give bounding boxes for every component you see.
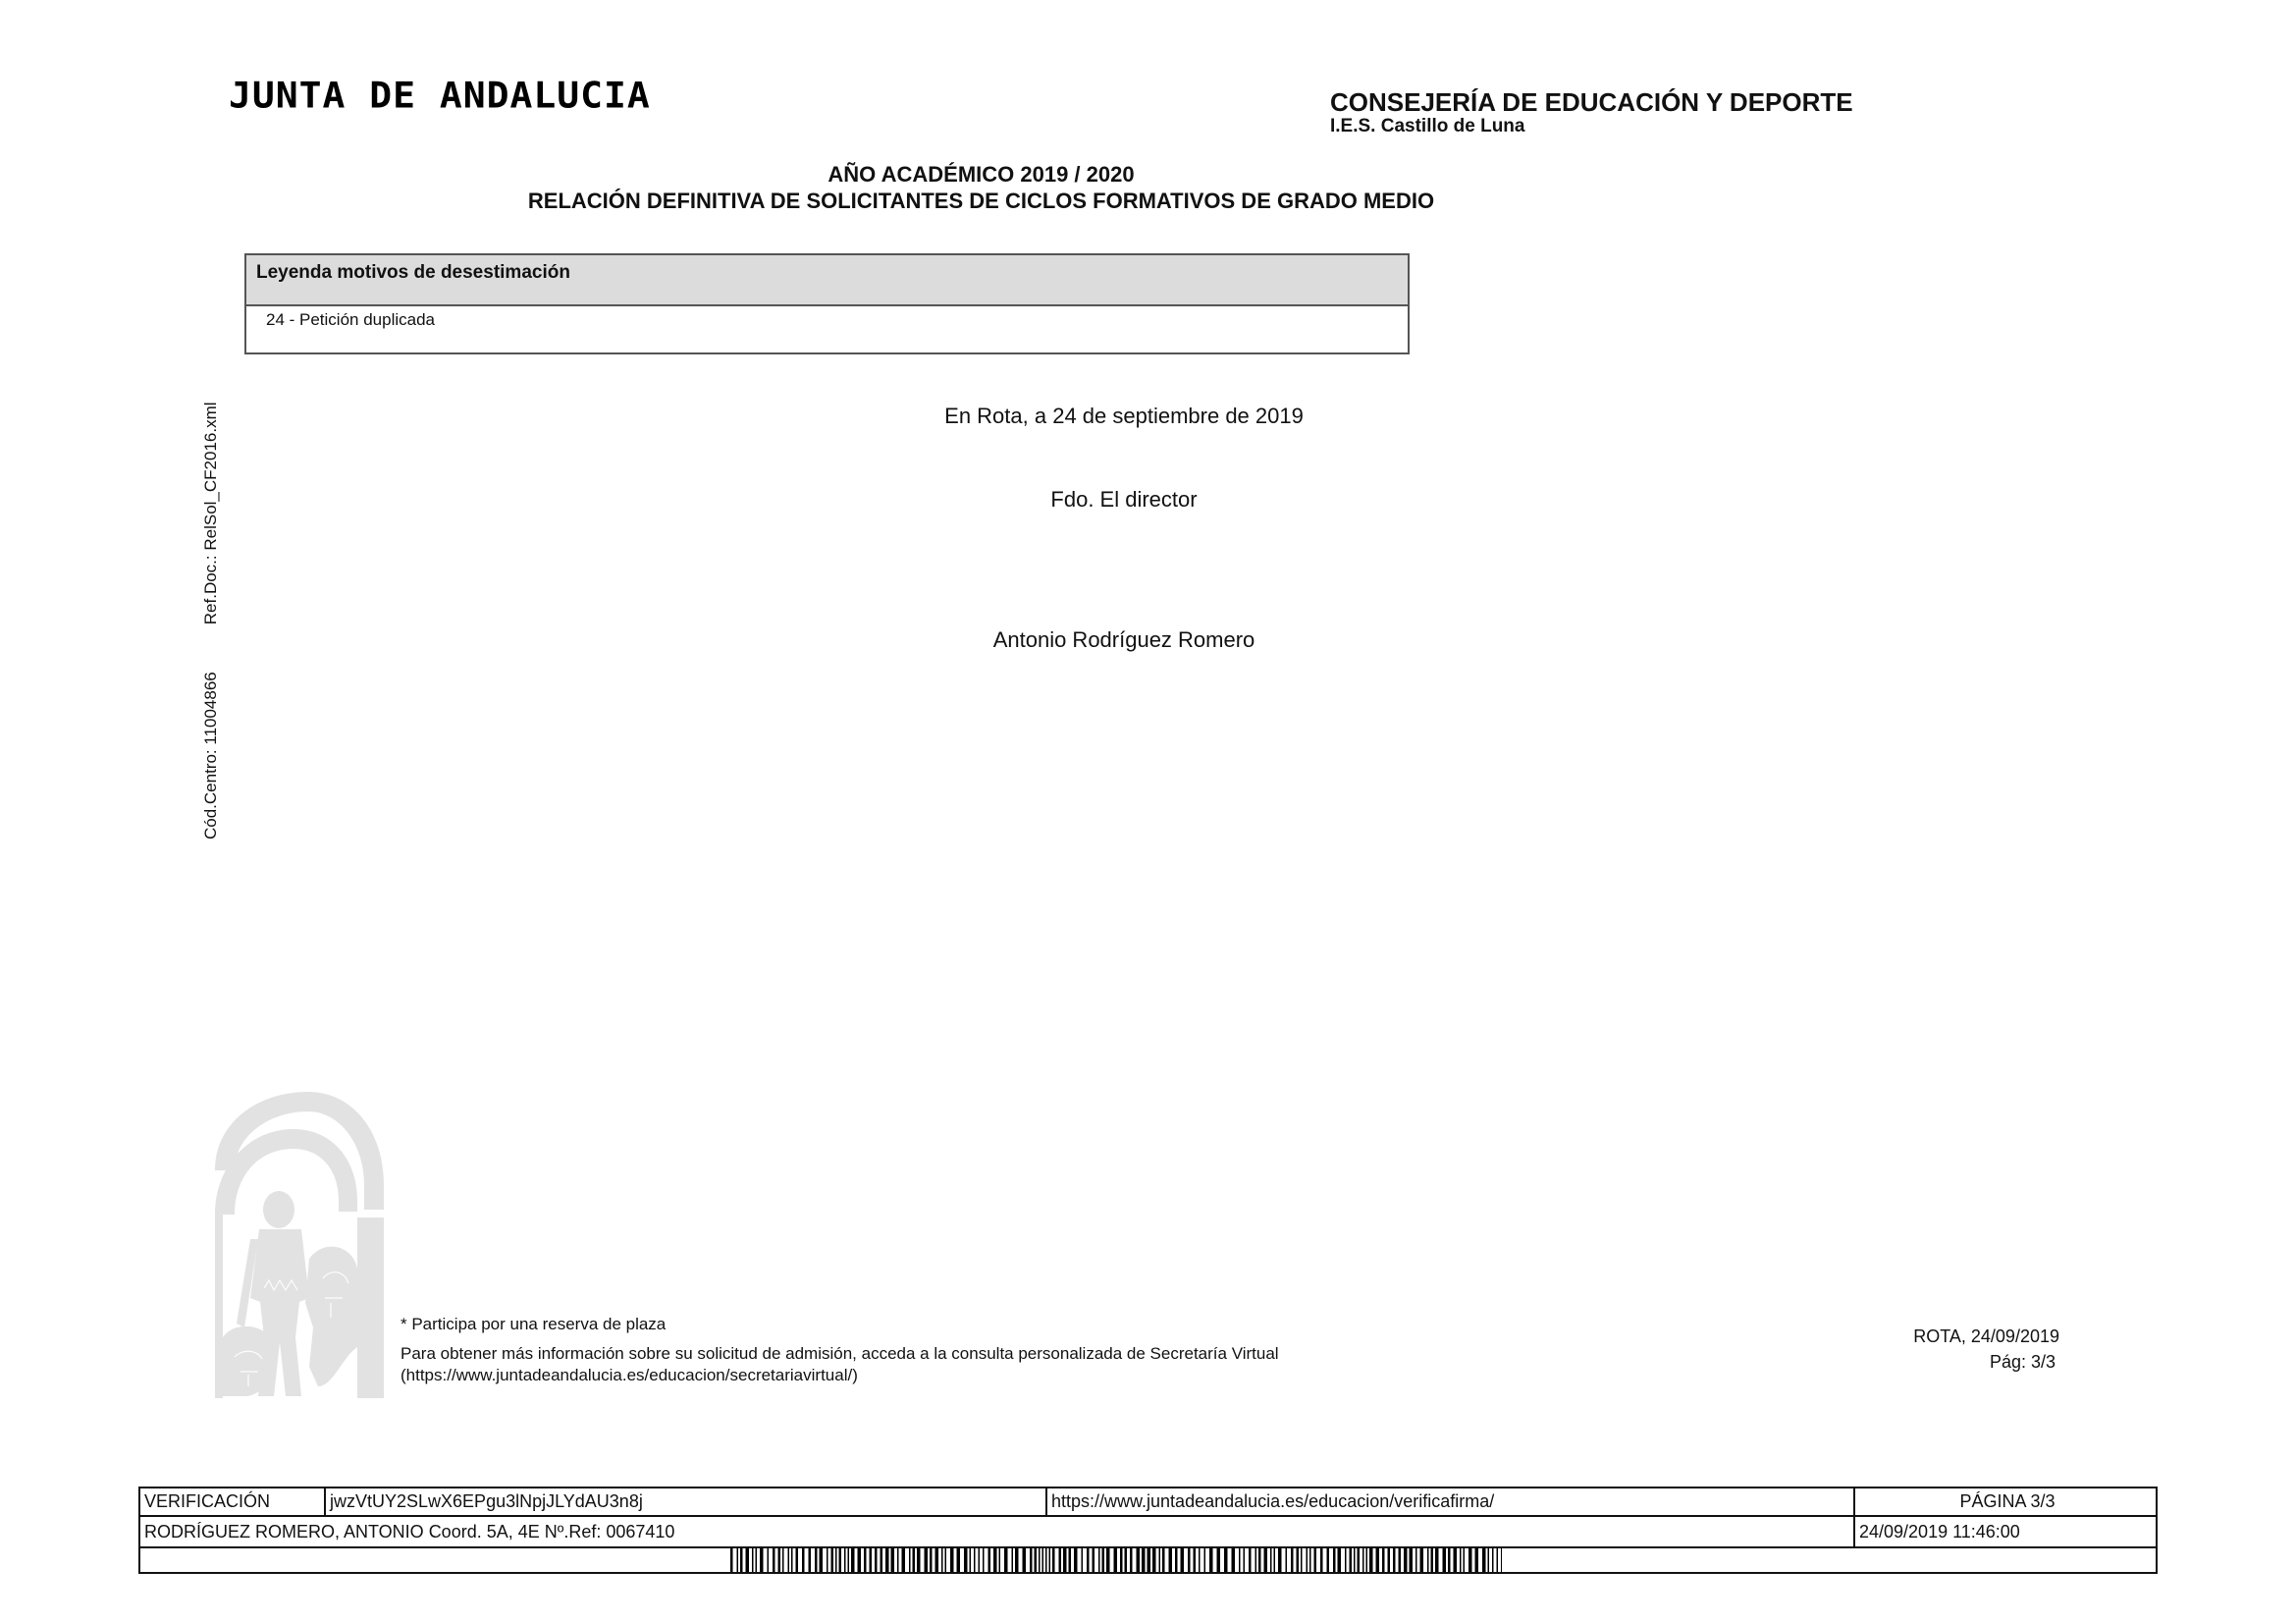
reserve-note: * Participa por una reserva de plaza: [400, 1315, 666, 1334]
verification-label: VERIFICACIÓN: [140, 1488, 326, 1515]
verification-url[interactable]: https://www.juntadeandalucia.es/educacio…: [1047, 1488, 1855, 1515]
department-name: CONSEJERÍA DE EDUCACIÓN Y DEPORTE: [1330, 87, 1853, 117]
junta-de-andalucia-logo: JUNTA DE ANDALUCIA: [229, 77, 651, 114]
page-number: Pág: 3/3: [1845, 1351, 2056, 1373]
junta-andalucia-coat-of-arms-icon: [215, 1092, 384, 1398]
signer-row: RODRÍGUEZ ROMERO, ANTONIO Coord. 5A, 4E …: [140, 1517, 2156, 1548]
legend-heading: Leyenda motivos de desestimación: [246, 255, 1408, 306]
verification-code: jwzVtUY2SLwX6EPgu3lNpjJLYdAU3n8j: [326, 1488, 1047, 1515]
document-reference: Ref.Doc.: RelSol_CF2016.xml: [201, 402, 220, 624]
place-and-date: En Rota, a 24 de septiembre de 2019: [829, 404, 1418, 429]
barcode-row: [140, 1548, 2156, 1572]
barcode-icon: [730, 1548, 1502, 1572]
signer-details: RODRÍGUEZ ROMERO, ANTONIO Coord. 5A, 4E …: [140, 1517, 1855, 1546]
centre-code: Cód.Centro: 11004866: [201, 672, 220, 839]
info-url[interactable]: (https://www.juntadeandalucia.es/educaci…: [400, 1366, 858, 1385]
legend-item: 24 - Petición duplicada: [266, 310, 435, 330]
side-margin-reference: Cód.Centro: 11004866Ref.Doc.: RelSol_CF2…: [201, 349, 221, 839]
signature-timestamp: 24/09/2019 11:46:00: [1855, 1517, 2156, 1546]
academic-year-title: AÑO ACADÉMICO 2019 / 2020: [0, 162, 2129, 188]
legend-box: Leyenda motivos de desestimación 24 - Pe…: [244, 253, 1410, 354]
signer-name: Antonio Rodríguez Romero: [829, 627, 1418, 653]
info-note: Para obtener más información sobre su so…: [400, 1344, 1279, 1364]
document-title: RELACIÓN DEFINITIVA DE SOLICITANTES DE C…: [0, 189, 2129, 214]
verification-page: PÁGINA 3/3: [1855, 1488, 2156, 1515]
school-name: I.E.S. Castillo de Luna: [1330, 116, 1524, 137]
verification-row: VERIFICACIÓN jwzVtUY2SLwX6EPgu3lNpjJLYdA…: [140, 1488, 2156, 1517]
footer-place-date: ROTA, 24/09/2019: [1845, 1325, 2059, 1347]
signed-by: Fdo. El director: [829, 487, 1418, 513]
verification-table: VERIFICACIÓN jwzVtUY2SLwX6EPgu3lNpjJLYdA…: [138, 1487, 2158, 1574]
